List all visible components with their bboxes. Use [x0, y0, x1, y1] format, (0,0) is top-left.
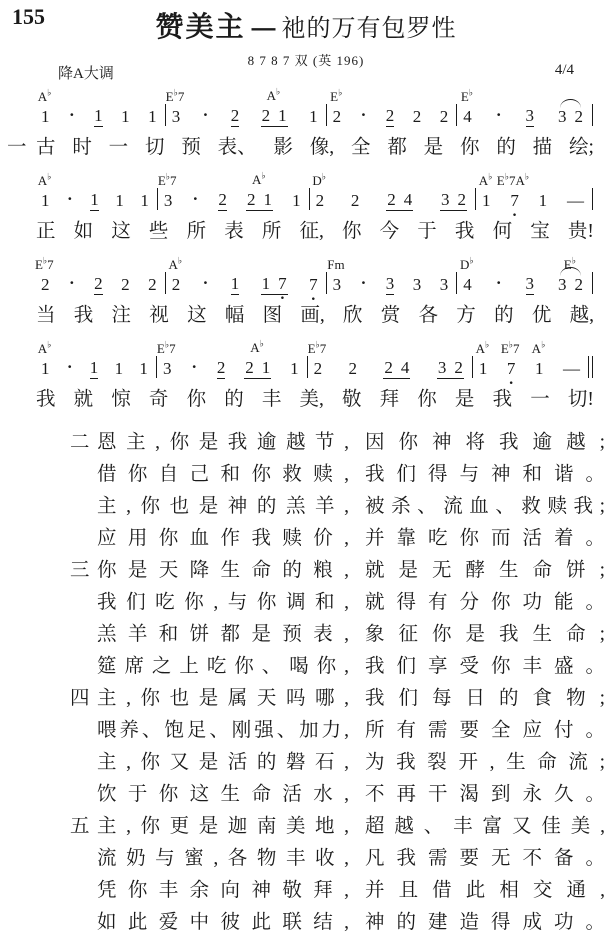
note-cell: — [567, 173, 584, 211]
verses: 二恩主,你是我逾越节,因你神将我逾越;借你自己和你救赎,我们得与神和谐。主,你也… [70, 426, 604, 938]
verse-text-right: 不再干渴到永久。 [365, 778, 605, 806]
note: 4 [404, 190, 413, 210]
note: 2 [231, 106, 240, 127]
note-cell: 2 [217, 340, 226, 379]
beamed-note-group: 21 [246, 190, 273, 211]
lyric-syllable: 今 [380, 220, 400, 244]
lyric-syllable: 美, [299, 388, 323, 412]
note-cell: 1 [115, 341, 124, 379]
note-cell: · [68, 89, 76, 127]
notes-row: A♭1·111E♭73·2A♭211D♭222432A♭1E♭7A♭71— [36, 172, 594, 211]
measure: A♭1E♭7A♭71— [477, 173, 591, 211]
lyric-syllable: 你 [417, 388, 437, 412]
barline [156, 356, 157, 378]
note-cell: 1 [292, 173, 301, 211]
note-cell: 2 [440, 89, 449, 127]
notes-row: A♭1·111E♭73·2A♭211E♭2·222E♭4·332 [36, 88, 594, 127]
lyric-syllable: 一 [530, 388, 550, 412]
note: 2 [148, 275, 157, 295]
note: 3 [163, 359, 172, 379]
tied-note-group: 32 [557, 275, 584, 295]
note: 1 [115, 359, 124, 379]
note: 4 [463, 275, 472, 295]
verse-number: 五 [70, 810, 97, 838]
verse-text-left: 我们吃你,与你调和, [97, 586, 349, 614]
verse-line: 喂养、饱足、刚强、加力,所有需要全应付。 [70, 714, 604, 746]
lyric-syllable: 丰 [262, 388, 282, 412]
note-cell: 1 [115, 173, 124, 211]
time-signature: 4/4 [555, 62, 574, 83]
note-cell: 2 [218, 172, 227, 211]
note-cell: · [66, 341, 74, 379]
lyric-syllable: 征, [299, 220, 323, 244]
note: 2 [218, 190, 227, 211]
measure: D♭4·3E♭32 [458, 256, 591, 295]
note: 2 [121, 275, 130, 295]
note: 1 [115, 191, 124, 211]
lyric-syllable: 方 [456, 304, 476, 328]
verse-line: 筵席之上吃你、喝你,我们享受你丰盛。 [70, 650, 604, 682]
verse-text-right: 我们每日的食物; [365, 682, 605, 710]
beamed-note-group: 24 [386, 190, 413, 211]
note: 1 [309, 107, 318, 127]
lyric-syllable: 注 [112, 304, 132, 328]
chord-label: A♭ [168, 257, 182, 272]
note: 4 [401, 358, 410, 378]
note: 3 [164, 191, 173, 211]
duration-dot: · [203, 105, 209, 125]
note: 2 [575, 107, 584, 127]
lyric-syllable: 是 [424, 136, 444, 160]
lyric-syllable: 视 [149, 304, 169, 328]
note-cell: A♭1 [535, 341, 544, 379]
note-cell: D♭2 [316, 173, 325, 211]
duration-dot: · [69, 273, 75, 293]
lyric-syllable: 你 [342, 220, 362, 244]
lyric-syllable: 如 [74, 220, 94, 244]
note-cell: 17 [261, 256, 288, 295]
note: 1 [121, 107, 130, 127]
lyric-syllable: 于 [417, 220, 437, 244]
verse-text-left: 如此爱中彼此联结, [97, 906, 349, 934]
barline [472, 356, 473, 378]
verse-number: 一 [7, 136, 27, 160]
note: 2 [314, 359, 323, 379]
note: 1 [292, 191, 301, 211]
note: 7 [507, 359, 516, 379]
note-cell: 1 [539, 173, 548, 211]
note: 3 [526, 106, 535, 127]
verse-line: 主,你也是神的羔羊,被杀、流血、救赎我; [70, 490, 604, 522]
verse-text-left: 主,你也是神的羔羊, [97, 490, 349, 518]
duration-dot: · [203, 273, 209, 293]
note: 3 [558, 107, 567, 127]
barline [165, 104, 166, 126]
lyric-syllable: 的 [496, 136, 516, 160]
lyric-syllable: 都 [387, 136, 407, 160]
lyric-syllable: 预 [181, 136, 201, 160]
note-cell: 32 [440, 172, 467, 211]
note: 3 [558, 275, 567, 295]
verse-text-left: 饮于你这生命活水, [97, 778, 349, 806]
beamed-note-group: 32 [440, 190, 467, 211]
duration-dot: · [496, 273, 502, 293]
note: 1 [41, 107, 50, 127]
note: 1 [41, 359, 50, 379]
note-cell: 3 [386, 256, 395, 295]
music-system: A♭1·111E♭73·2A♭211E♭2·222E♭4·332一古时一切预表、… [36, 88, 594, 160]
lyric-syllable: 宝 [530, 220, 550, 244]
lyric-syllable: 画, [300, 304, 324, 328]
note-cell: 2 [231, 88, 240, 127]
lyric-syllable: 各 [419, 304, 439, 328]
lyric-syllable: 贵! [568, 220, 594, 244]
verse-line: 羔羊和饼都是预表,象征你是我生命; [70, 618, 604, 650]
note-cell: 32 [557, 89, 584, 127]
lyric-syllable: 我 [36, 388, 56, 412]
note-cell: E♭77 [507, 341, 516, 379]
verse-text-right: 就是无酵生命饼; [365, 554, 605, 582]
verse-text-right: 神的建造得成功。 [365, 906, 605, 934]
note: 2 [387, 190, 396, 210]
note-cell: E♭73 [172, 89, 181, 127]
measure: E♭4·332 [458, 88, 591, 127]
double-barline [588, 356, 593, 378]
note-cell: 2 [121, 257, 130, 295]
measure: E♭73·2A♭211 [167, 88, 325, 127]
note: 2 [217, 358, 226, 379]
note-cell: 7 [309, 257, 318, 295]
note-cell: 2 [351, 173, 360, 211]
barline [475, 188, 476, 210]
note: 2 [413, 107, 422, 127]
lyric-syllable: 幅 [225, 304, 245, 328]
lyric-syllable: 全 [351, 136, 371, 160]
measure: E♭72·222 [36, 256, 164, 295]
note-cell: 2 [413, 89, 422, 127]
chord-label: E♭7 [35, 257, 54, 272]
note-cell: 1 [309, 89, 318, 127]
note: 1 [90, 358, 99, 379]
lyric-syllable: 我 [493, 388, 513, 412]
note: 3 [438, 358, 447, 378]
verse-text-right: 我们享受你丰盛。 [365, 650, 605, 678]
verse-line: 我们吃你,与你调和,就得有分你功能。 [70, 586, 604, 618]
hymn-title: 赞美主—祂的万有包罗性 [0, 5, 612, 45]
note-cell: · [190, 341, 198, 379]
duration-dot: · [361, 105, 367, 125]
note: 1 [231, 274, 240, 295]
lyric-syllable: 奇 [149, 388, 169, 412]
music-system: A♭1·111E♭73·2A♭211E♭7222432A♭1E♭77A♭1—我就… [36, 340, 594, 412]
note: 1 [262, 358, 271, 378]
note: 1 [539, 191, 548, 211]
note: 1 [94, 106, 103, 127]
duration-dot: · [496, 105, 502, 125]
lyric-syllable: 所 [262, 220, 282, 244]
chord-label: A♭ [532, 341, 546, 356]
lyric-syllable: 时 [72, 136, 92, 160]
note-cell: 24 [386, 172, 413, 211]
barline [592, 272, 593, 294]
verse-text-left: 借你自己和你救赎, [97, 458, 349, 486]
barline [456, 104, 457, 126]
lyric-syllable: 古 [36, 136, 56, 160]
measure: E♭73·2A♭211 [159, 172, 308, 211]
beamed-note-group: 17 [261, 274, 288, 295]
duration-dot: · [191, 357, 197, 377]
duration-dot: · [193, 189, 199, 209]
verse-text-right: 并且借此相交通, [365, 874, 605, 902]
lyric-syllable: 越, [570, 304, 594, 328]
verse-text-right: 为我裂开,生命流; [365, 746, 605, 774]
chord-label: A♭ [252, 172, 266, 187]
note: 2 [457, 190, 466, 210]
measure: Fm3·333 [328, 256, 456, 295]
verse-text-right: 象征你是我生命; [365, 618, 605, 646]
note-cell: A♭1 [482, 173, 491, 211]
verse-line: 应用你血作我赎价,并靠吃你而活着。 [70, 522, 604, 554]
note: 1 [263, 190, 272, 210]
lyric-row: 正如这些所表所征,你今于我何宝贵! [36, 220, 594, 244]
lyric-syllable: 表 [224, 220, 244, 244]
duration-dot: · [67, 189, 73, 209]
note: 1 [90, 190, 99, 211]
lyric-syllable: 是 [455, 388, 475, 412]
barline [326, 104, 327, 126]
note: 2 [262, 106, 271, 126]
note-cell: · [68, 257, 76, 295]
key-signature: 降A大调 [58, 62, 114, 83]
note-cell: E♭72 [41, 257, 50, 295]
music-systems: A♭1·111E♭73·2A♭211E♭2·222E♭4·332一古时一切预表、… [36, 88, 594, 424]
lyric-syllable: 就 [74, 388, 94, 412]
beamed-note-group: 21 [244, 358, 271, 379]
measure: A♭1·111 [36, 88, 164, 127]
note: 2 [384, 358, 393, 378]
verse-text-right: 所有需要全应付。 [365, 714, 605, 742]
note-cell: 1 [139, 341, 148, 379]
chord-label: E♭7 [157, 341, 176, 356]
barline [456, 272, 457, 294]
note-cell: · [66, 173, 74, 211]
note: 3 [441, 190, 450, 210]
lyric-syllable: 何 [493, 220, 513, 244]
note: 1 [290, 359, 299, 379]
note-cell: 1 [140, 173, 149, 211]
note: 3 [172, 107, 181, 127]
verse-text-right: 我们得与神和谐。 [365, 458, 605, 486]
barline [326, 272, 327, 294]
duration-dot: · [69, 105, 75, 125]
music-system: A♭1·111E♭73·2A♭211D♭222432A♭1E♭7A♭71—正如这… [36, 172, 594, 244]
barline [157, 188, 158, 210]
lyric-syllable: 的 [224, 388, 244, 412]
chord-label: E♭7A♭ [497, 173, 529, 188]
note: 3 [333, 275, 342, 295]
verse-line: 如此爱中彼此联结,神的建造得成功。 [70, 906, 604, 938]
verse-text-right: 并靠吃你而活着。 [365, 522, 605, 550]
notes-row: A♭1·111E♭73·2A♭211E♭7222432A♭1E♭77A♭1— [36, 340, 594, 379]
verse-line: 三你是天降生命的粮,就是无酵生命饼; [70, 554, 604, 586]
note-cell: A♭21 [246, 172, 273, 211]
note-cell: 3 [526, 88, 535, 127]
note: 1 [535, 359, 544, 379]
note: 1 [482, 191, 491, 211]
note-cell: A♭1 [41, 341, 50, 379]
note: 2 [454, 358, 463, 378]
lyric-row: 当我注视这幅图画,欣赏各方的优越, [36, 304, 594, 328]
note: 2 [94, 274, 103, 295]
note-cell: — [563, 341, 580, 379]
lyric-syllable: 些 [149, 220, 169, 244]
note: 7 [278, 274, 287, 294]
note: 2 [41, 275, 50, 295]
note: 1 [148, 107, 157, 127]
barline [309, 188, 310, 210]
verse-text-left: 凭你丰余向神敬拜, [97, 874, 349, 902]
lyric-syllable: 欣 [343, 304, 363, 328]
note-cell: E♭4 [463, 89, 472, 127]
verse-text-left: 筵席之上吃你、喝你, [97, 650, 349, 678]
note-cell: 3 [440, 257, 449, 295]
note-cell: E♭2 [333, 89, 342, 127]
measure: E♭73·2A♭211 [158, 340, 306, 379]
chord-label: A♭ [38, 341, 52, 356]
note-cell: E♭72 [314, 341, 323, 379]
chord-label: E♭7 [166, 89, 185, 104]
lyric-syllable: 当 [36, 304, 56, 328]
lyric-syllable: 拜 [380, 388, 400, 412]
chord-label: E♭7 [308, 341, 327, 356]
lyric-syllable: 这 [187, 304, 207, 328]
chord-label: E♭ [461, 89, 473, 104]
note-cell: 24 [383, 340, 410, 379]
verse-text-left: 你是天降生命的粮, [97, 554, 349, 582]
measure: A♭1·111 [36, 172, 156, 211]
hymn-page: 155 赞美主—祂的万有包罗性 8 7 8 7 双 (英 196) 降A大调 4… [0, 0, 612, 939]
note-cell: · [360, 257, 368, 295]
chord-label: A♭ [38, 173, 52, 188]
note: 2 [349, 359, 358, 379]
note: 1 [262, 274, 271, 294]
lyric-syllable: 赏 [381, 304, 401, 328]
verse-line: 借你自己和你救赎,我们得与神和谐。 [70, 458, 604, 490]
lyric-syllable: 我 [74, 304, 94, 328]
chord-label: E♭7 [501, 341, 520, 356]
lyric-syllable: 这 [111, 220, 131, 244]
note-cell: · [202, 257, 210, 295]
verse-line: 二恩主,你是我逾越节,因你神将我逾越; [70, 426, 604, 458]
verse-number: 三 [70, 554, 97, 582]
note-cell: · [495, 257, 503, 295]
measure: D♭222432 [311, 172, 474, 211]
verse-number: 四 [70, 682, 97, 710]
hymn-title-subject: 祂的万有包罗性 [282, 15, 457, 42]
note: 2 [172, 275, 181, 295]
note-cell: E♭32 [557, 257, 584, 295]
verse-text-left: 应用你血作我赎价, [97, 522, 349, 550]
lyric-syllable: 像, [310, 136, 334, 160]
note-cell: 32 [437, 340, 464, 379]
verse-line: 主,你又是活的磐石,为我裂开,生命流; [70, 746, 604, 778]
notes-row: E♭72·222A♭2·1177Fm3·333D♭4·3E♭32 [36, 256, 594, 295]
barline [592, 188, 593, 210]
note: 2 [386, 106, 395, 127]
lyric-syllable: 惊 [111, 388, 131, 412]
note: 3 [440, 275, 449, 295]
beamed-note-group: 32 [437, 358, 464, 379]
verse-line: 五主,你更是迦南美地,超越、丰富又佳美, [70, 810, 604, 842]
note: — [563, 359, 580, 379]
verse-text-left: 流奶与蜜,各物丰收, [97, 842, 349, 870]
lyric-syllable: 你 [187, 388, 207, 412]
chord-label: E♭ [330, 89, 342, 104]
note-cell: 2 [349, 341, 358, 379]
note-cell: 1 [148, 89, 157, 127]
measure: A♭1E♭77A♭1— [474, 341, 587, 379]
lyric-syllable: 表、 [218, 136, 257, 160]
note: 1 [41, 191, 50, 211]
note-cell: E♭7A♭7 [510, 173, 519, 211]
chord-label: E♭7 [158, 173, 177, 188]
note: 7 [510, 191, 519, 211]
verse-text-left: 羔羊和饼都是预表, [97, 618, 349, 646]
music-system: E♭72·222A♭2·1177Fm3·333D♭4·3E♭32当我注视这幅图画… [36, 256, 594, 328]
lyric-row: 我就惊奇你的丰美,敬拜你是我一切! [36, 388, 594, 412]
note-cell: 1 [90, 340, 99, 379]
note: 1 [479, 359, 488, 379]
note: 3 [413, 275, 422, 295]
note-cell: A♭21 [244, 340, 271, 379]
note-cell: Fm3 [333, 257, 342, 295]
barline [307, 356, 308, 378]
verse-text-right: 就得有分你功能。 [365, 586, 605, 614]
note: 2 [351, 191, 360, 211]
note-cell: · [202, 89, 210, 127]
verse-text-right: 凡我需要无不备。 [365, 842, 605, 870]
note-cell: 2 [386, 88, 395, 127]
tied-note-group: 32 [557, 107, 584, 127]
measure: A♭1·111 [36, 340, 155, 379]
hymn-title-dash: — [252, 15, 276, 42]
lyric-syllable: 的 [494, 304, 514, 328]
note-cell: 2 [148, 257, 157, 295]
lyric-syllable: 我 [455, 220, 475, 244]
note: 2 [316, 191, 325, 211]
verse-line: 四主,你也是属天吗哪,我们每日的食物; [70, 682, 604, 714]
measure: A♭2·1177 [167, 256, 325, 295]
lyric-syllable: 一 [109, 136, 129, 160]
note: 1 [278, 106, 287, 126]
lyric-syllable: 正 [36, 220, 56, 244]
note-cell: 1 [121, 89, 130, 127]
lyric-syllable: 所 [187, 220, 207, 244]
note-cell: A♭21 [261, 88, 288, 127]
lyric-syllable: 切! [568, 388, 594, 412]
note-cell: 1 [90, 172, 99, 211]
chord-label: Fm [327, 257, 344, 272]
chord-label: A♭ [476, 341, 490, 356]
chord-label: A♭ [250, 340, 264, 355]
duration-dot: · [67, 357, 73, 377]
lyric-syllable: 切 [145, 136, 165, 160]
chord-label: A♭ [267, 88, 281, 103]
note-cell: A♭1 [41, 89, 50, 127]
note: 3 [526, 274, 535, 295]
note-cell: A♭1 [479, 341, 488, 379]
verse-text-left: 喂养、饱足、刚强、加力, [97, 714, 349, 742]
